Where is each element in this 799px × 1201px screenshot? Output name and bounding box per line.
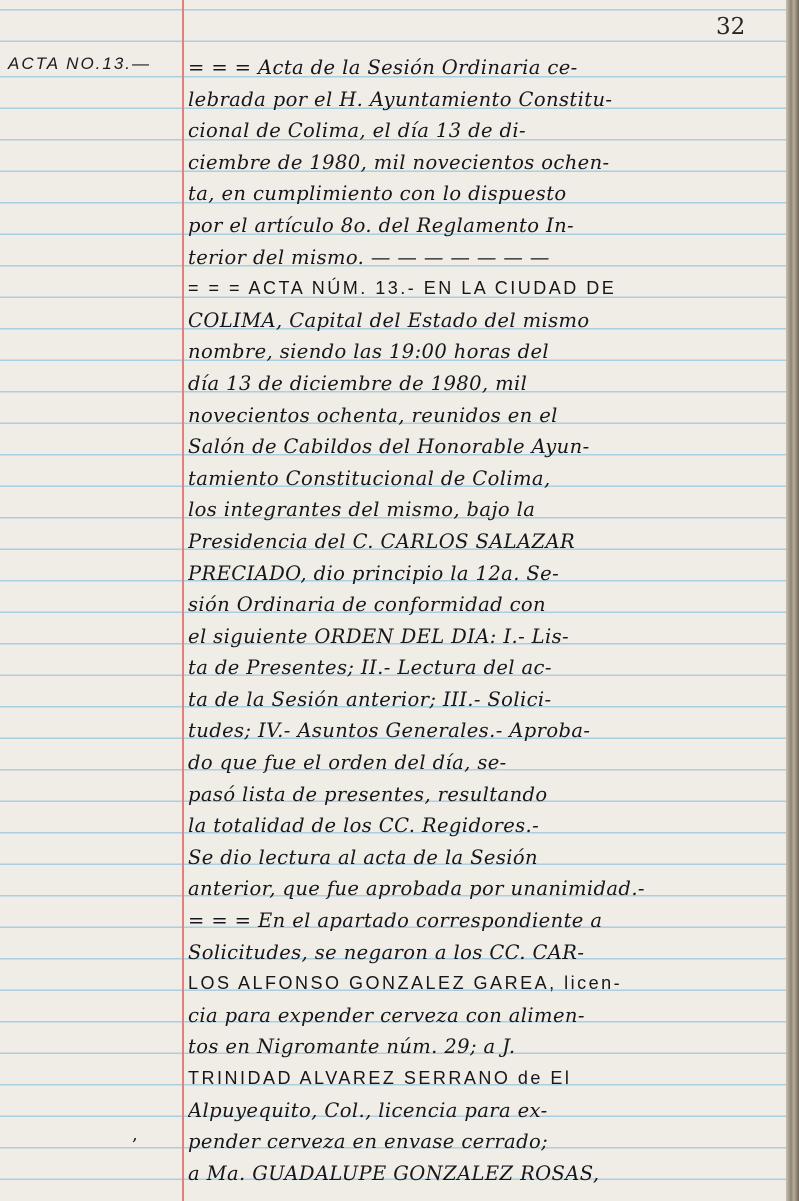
text-line: LOS ALFONSO GONZALEZ GAREA, licen- [188,968,788,1000]
text-line: los integrantes del mismo, bajo la [188,494,788,526]
text-line: la totalidad de los CC. Regidores.- [188,810,788,842]
text-line: = = = ACTA NÚM. 13.- EN LA CIUDAD DE [188,273,788,305]
text-line: ta de la Sesión anterior; III.- Solici- [188,684,788,716]
text-line: anterior, que fue aprobada por unanimida… [188,873,788,905]
text-line: do que fue el orden del día, se- [188,747,788,779]
text-line: PRECIADO, dio principio la 12a. Se- [188,558,788,590]
text-line: sión Ordinaria de conformidad con [188,589,788,621]
text-line: ta, en cumplimiento con lo dispuesto [188,178,788,210]
text-line: COLIMA, Capital del Estado del mismo [188,305,788,337]
text-line: terior del mismo. — — — — — — — [188,242,788,274]
text-line: Alpuyequito, Col., licencia para ex- [188,1095,788,1127]
text-line: cional de Colima, el día 13 de di- [188,115,788,147]
text-line: por el artículo 8o. del Reglamento In- [188,210,788,242]
text-line: TRINIDAD ALVAREZ SERRANO de El [188,1063,788,1095]
text-line: ciembre de 1980, mil novecientos ochen- [188,147,788,179]
text-line: = = = En el apartado correspondiente a [188,905,788,937]
handwritten-minutes: = = = Acta de la Sesión Ordinaria ce- le… [188,52,788,1189]
binding-edge [786,0,799,1201]
notebook-page: 32 ACTA NO.13.— , = = = Acta de la Sesió… [0,0,786,1201]
text-line: tudes; IV.- Asuntos Generales.- Aproba- [188,715,788,747]
text-line: lebrada por el H. Ayuntamiento Constitu- [188,84,788,116]
text-line: pender cerveza en envase cerrado; [188,1126,788,1158]
text-line: Presidencia del C. CARLOS SALAZAR [188,526,788,558]
text-line: ta de Presentes; II.- Lectura del ac- [188,652,788,684]
text-line: Salón de Cabildos del Honorable Ayun- [188,431,788,463]
text-line: día 13 de diciembre de 1980, mil [188,368,788,400]
text-line: Se dio lectura al acta de la Sesión [188,842,788,874]
text-line: novecientos ochenta, reunidos en el [188,400,788,432]
text-line: pasó lista de presentes, resultando [188,779,788,811]
text-line: nombre, siendo las 19:00 horas del [188,336,788,368]
page-number: 32 [716,14,745,40]
ink-mark: , [132,1124,138,1145]
text-line: tos en Nigromante núm. 29; a J. [188,1031,788,1063]
text-line: tamiento Constitucional de Colima, [188,463,788,495]
text-line: = = = Acta de la Sesión Ordinaria ce- [188,52,788,84]
margin-rule [182,0,184,1201]
text-line: a Ma. GUADALUPE GONZALEZ ROSAS, [188,1158,788,1190]
text-line: Solicitudes, se negaron a los CC. CAR- [188,937,788,969]
text-line: el siguiente ORDEN DEL DIA: I.- Lis- [188,621,788,653]
text-line: cia para expender cerveza con alimen- [188,1000,788,1032]
margin-note-acta-number: ACTA NO.13.— [8,54,151,74]
